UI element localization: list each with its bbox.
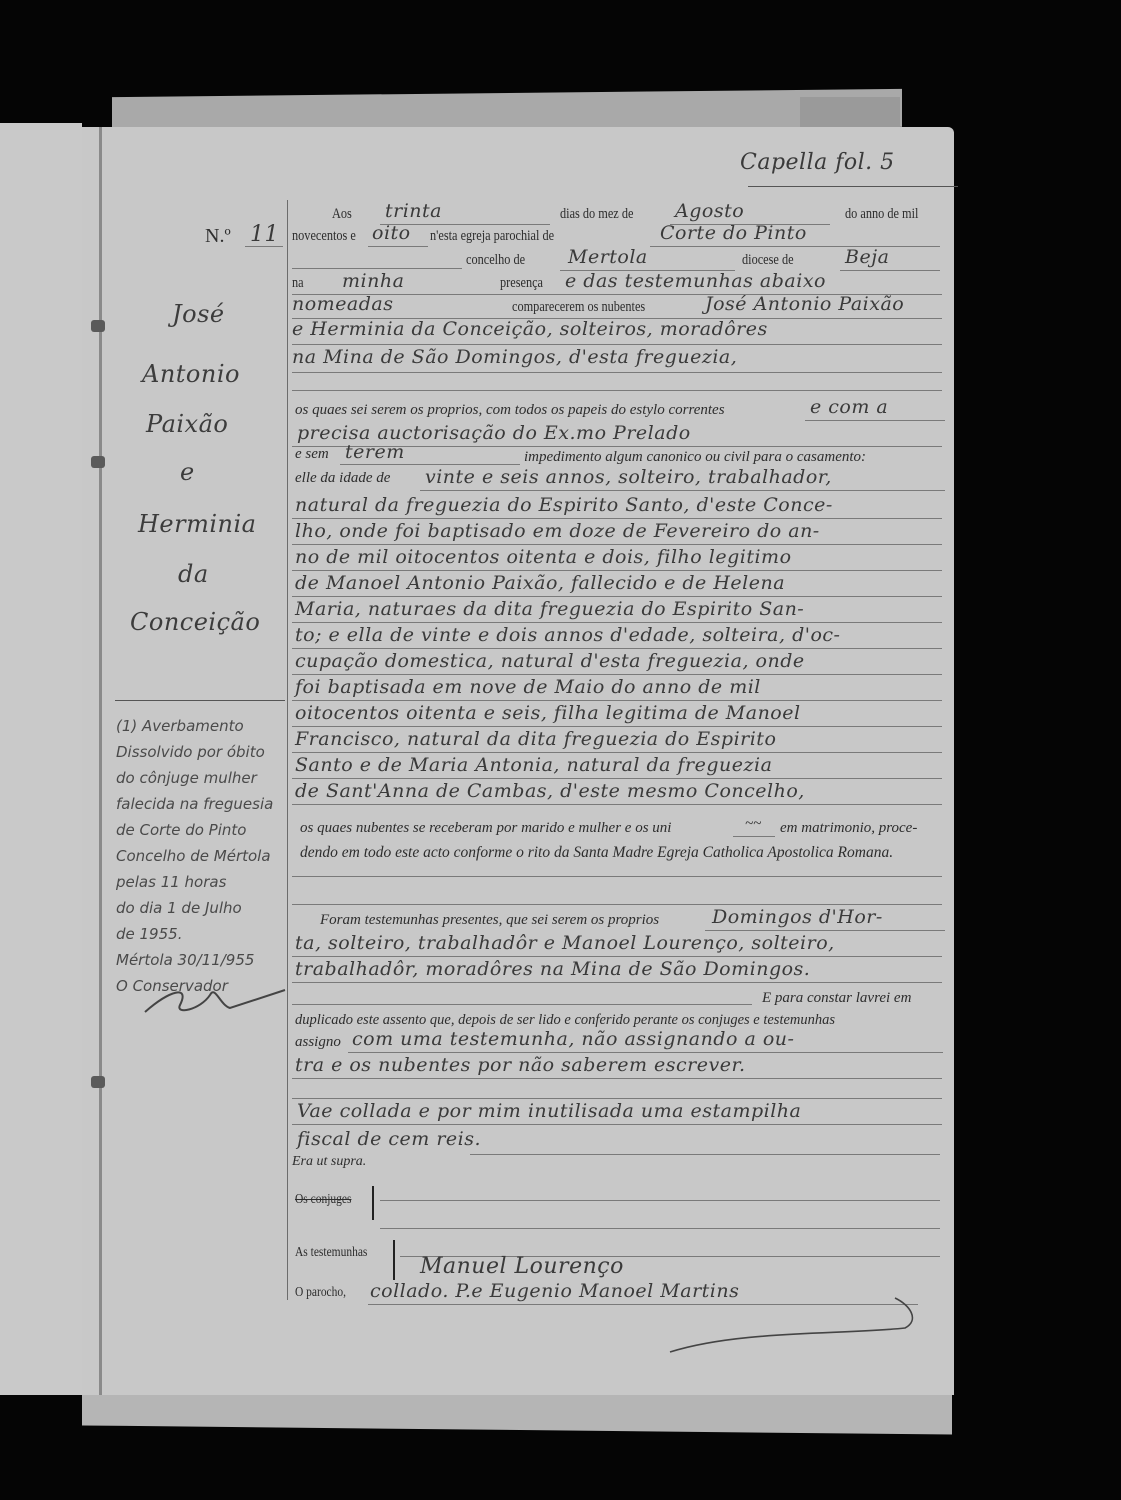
handwritten-text: na Mina de São Domingos, d'esta freguezi…	[292, 346, 737, 368]
handwritten-witness: ta, solteiro, trabalhadôr e Manoel Loure…	[295, 932, 835, 954]
handwritten-text: foi baptisada em nove de Maio do anno de…	[295, 676, 761, 698]
fill-line	[733, 836, 775, 837]
fill-line	[292, 876, 942, 877]
signature-brace	[393, 1240, 395, 1280]
handwritten-text: e Herminia da Conceição, solteiros, mora…	[292, 318, 768, 340]
conservador-signature	[140, 980, 290, 1020]
handwritten-text: Santo e de Maria Antonia, natural da fre…	[295, 754, 772, 776]
handwritten-text: no de mil oitocentos oitenta e dois, fil…	[295, 546, 792, 568]
margin-name-5: Herminia	[138, 510, 256, 538]
handwritten-diocese: Beja	[845, 246, 889, 268]
printed-text: Foram testemunhas presentes, que sei ser…	[320, 912, 659, 929]
signature-flourish	[660, 1290, 920, 1360]
printed-text: do anno de mil	[845, 206, 918, 223]
binding-hole	[91, 456, 105, 468]
signature-line	[380, 1228, 940, 1229]
fill-line	[292, 372, 942, 373]
printed-text: e sem	[295, 446, 329, 463]
annotation-line: do dia 1 de Julho	[116, 899, 242, 917]
annotation-line: Mértola 30/11/955	[116, 951, 254, 969]
handwritten-text: cupação domestica, natural d'esta fregue…	[295, 650, 805, 672]
folio-underline	[748, 186, 958, 187]
witness-signature: Manuel Lourenço	[420, 1254, 624, 1279]
printed-text: dias do mez de	[560, 206, 633, 223]
handwritten-blank-mark: ~~	[745, 816, 761, 833]
fill-line	[650, 246, 940, 247]
printed-text: novecentos e	[292, 228, 356, 245]
fill-line	[292, 544, 942, 545]
handwritten-text: tra e os nubentes por não saberem escrev…	[295, 1054, 746, 1076]
printed-text: n'esta egreja parochial de	[430, 228, 554, 245]
handwritten-text: Maria, naturaes da dita freguezia do Esp…	[295, 598, 804, 620]
margin-name-3: Paixão	[146, 410, 228, 438]
printed-text: diocese de	[742, 252, 794, 269]
fill-line	[292, 1098, 942, 1099]
printed-text: em matrimonio, proce-	[780, 820, 917, 837]
signature-line	[380, 1200, 940, 1201]
printed-text: presença	[500, 275, 543, 292]
signature-label-witnesses: As testemunhas	[295, 1245, 367, 1261]
annotation-line: de Corte do Pinto	[116, 821, 246, 839]
fill-line	[368, 246, 428, 247]
fill-line	[420, 490, 945, 491]
margin-divider	[115, 700, 285, 701]
printed-text: os quaes sei serem os proprios, com todo…	[295, 402, 725, 419]
printed-text: comparecerem os nubentes	[512, 299, 645, 316]
margin-rule	[287, 200, 288, 1300]
margin-name-1: José	[172, 300, 225, 328]
handwritten-day: trinta	[385, 200, 442, 222]
fill-line	[292, 674, 942, 675]
annotation-line: Dissolvido por óbito	[116, 743, 265, 761]
binding-fold	[99, 127, 102, 1395]
fill-line	[292, 1124, 942, 1125]
fill-line	[292, 778, 942, 779]
annotation-line: do cônjuge mulher	[116, 769, 257, 787]
handwritten-stamp-note: Vae collada e por mim inutilisada uma es…	[297, 1100, 801, 1122]
fill-line	[292, 390, 942, 391]
margin-name-2: Antonio	[142, 360, 240, 388]
fill-line	[292, 518, 942, 519]
handwritten-text: terem	[345, 441, 405, 463]
printed-text: elle da idade de	[295, 470, 390, 487]
annotation-line: pelas 11 horas	[116, 873, 226, 891]
fill-line	[292, 904, 942, 905]
printed-text: concelho de	[466, 252, 525, 269]
signature-label-priest: O parocho,	[295, 1285, 346, 1301]
printed-text: Era ut supra.	[292, 1154, 366, 1170]
fill-line	[292, 268, 462, 269]
facing-page-edge	[0, 123, 82, 1395]
handwritten-stamp-note: fiscal de cem reis.	[297, 1128, 481, 1150]
handwritten-text: minha	[342, 270, 404, 292]
handwritten-text: lho, onde foi baptisado em doze de Fever…	[295, 520, 820, 542]
fill-line	[292, 700, 942, 701]
printed-text: impedimento algum canonico ou civil para…	[524, 449, 866, 466]
fill-line	[292, 344, 942, 345]
fill-line	[292, 804, 942, 805]
annotation-line: (1) Averbamento	[116, 717, 244, 735]
annotation-line: falecida na freguesia	[116, 795, 273, 813]
margin-name-6: da	[178, 560, 209, 588]
handwritten-text: Francisco, natural da dita freguezia do …	[295, 728, 776, 750]
handwritten-text: oitocentos oitenta e seis, filha legitim…	[295, 702, 801, 724]
fill-line	[292, 1078, 942, 1079]
binding-hole	[91, 320, 105, 332]
margin-name-7: Conceição	[130, 608, 260, 636]
handwritten-text: e com a	[810, 396, 888, 418]
handwritten-text: nomeadas	[292, 293, 394, 315]
margin-name-4: e	[180, 458, 195, 486]
handwritten-municipality: Mertola	[568, 246, 648, 268]
handwritten-text: de Sant'Anna de Cambas, d'este mesmo Con…	[295, 780, 805, 802]
fill-line	[292, 596, 942, 597]
handwritten-text: natural da freguezia do Espirito Santo, …	[295, 494, 833, 516]
handwritten-groom-name: José Antonio Paixão	[705, 293, 904, 315]
fill-line	[470, 1154, 940, 1155]
signature-brace	[372, 1186, 374, 1220]
torn-page-edge-fragment	[800, 97, 900, 131]
handwritten-witness: trabalhadôr, moradôres na Mina de São Do…	[295, 958, 810, 980]
fill-line	[348, 1052, 943, 1053]
handwritten-text: com uma testemunha, não assignando a ou-	[352, 1028, 794, 1050]
fill-line	[292, 956, 942, 957]
annotation-line: Concelho de Mértola	[116, 847, 271, 865]
fill-line	[292, 1004, 752, 1005]
fill-line	[705, 930, 945, 931]
handwritten-parish: Corte do Pinto	[660, 222, 807, 244]
fill-line	[292, 570, 942, 571]
handwritten-witness: Domingos d'Hor-	[712, 906, 883, 928]
fill-line	[292, 982, 942, 983]
entry-number: 11	[250, 222, 279, 247]
annotation-line: de 1955.	[116, 925, 182, 943]
printed-text: na	[292, 275, 304, 292]
folio-note: Capella fol. 5	[740, 150, 895, 175]
handwritten-year: oito	[372, 222, 411, 244]
fill-line	[340, 464, 520, 465]
handwritten-month: Agosto	[675, 200, 744, 222]
fill-line	[292, 648, 942, 649]
handwritten-text: to; e ella de vinte e dois annos d'edade…	[295, 624, 840, 646]
binding-hole	[91, 1076, 105, 1088]
handwritten-text: de Manoel Antonio Paixão, fallecido e de…	[295, 572, 785, 594]
fill-line	[292, 752, 942, 753]
printed-text: Aos	[332, 206, 352, 223]
entry-number-label: N.º	[205, 225, 231, 248]
entry-number-underline	[245, 246, 283, 247]
printed-text: E para constar lavrei em	[762, 990, 911, 1007]
printed-text: dendo em todo este acto conforme o rito …	[300, 844, 893, 862]
signature-label-spouses: Os conjuges	[295, 1192, 351, 1208]
fill-line	[292, 726, 942, 727]
fill-line	[805, 420, 945, 421]
fill-line	[292, 622, 942, 623]
printed-text: duplicado este assento que, depois de se…	[295, 1012, 835, 1029]
handwritten-text: vinte e seis annos, solteiro, trabalhado…	[425, 466, 832, 488]
handwritten-text: e das testemunhas abaixo	[565, 270, 826, 292]
printed-text: assigno	[295, 1034, 341, 1051]
fill-line	[840, 270, 940, 271]
printed-text: os quaes nubentes se receberam por marid…	[300, 820, 671, 837]
